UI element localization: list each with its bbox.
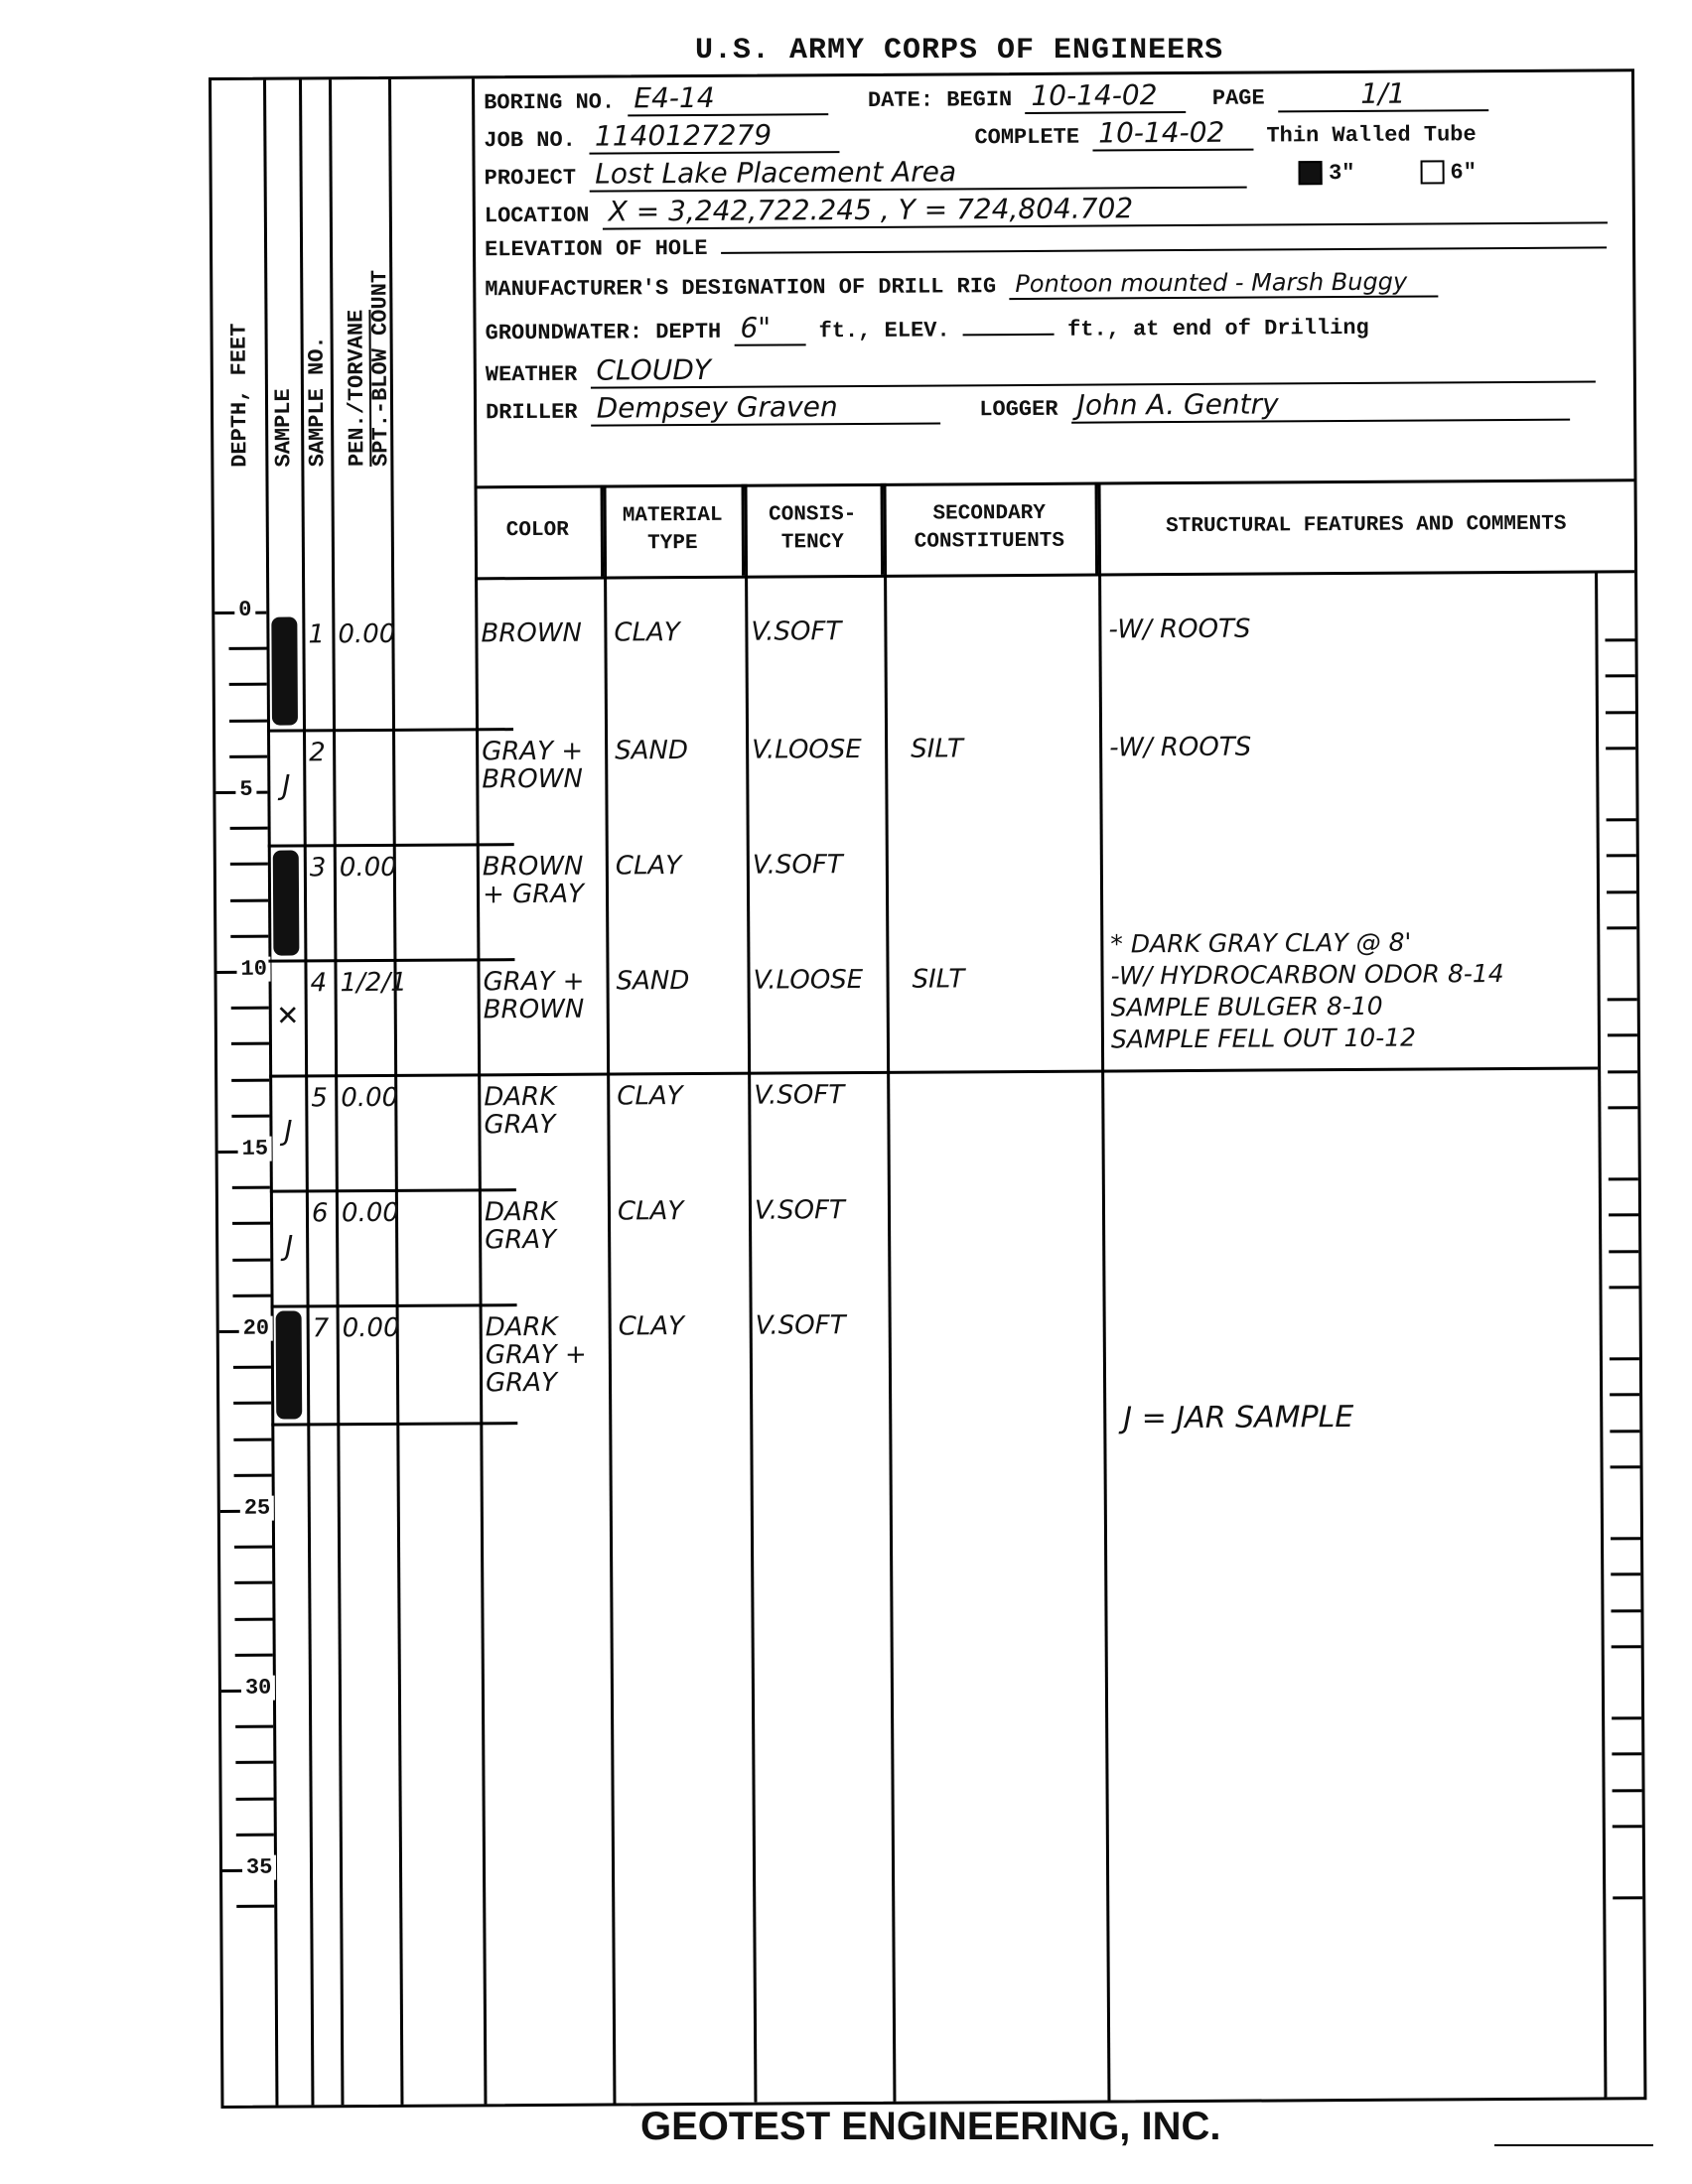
consistency-cell: V.SOFT: [756, 1311, 846, 1340]
depth-tick: [236, 1905, 274, 1908]
page-field[interactable]: 1/1: [1278, 76, 1488, 112]
depth-tick: [1607, 855, 1636, 858]
depth-tick: [232, 1186, 270, 1189]
note-line: -W/ HYDROCARBON ODOR 8-14: [1110, 958, 1503, 992]
job-no-label: JOB NO.: [484, 128, 576, 154]
page-label: PAGE: [1212, 86, 1265, 111]
comments-header: STRUCTURAL FEATURES AND COMMENTS: [1098, 478, 1635, 573]
project-field[interactable]: Lost Lake Placement Area: [589, 154, 1246, 193]
depth-label: 35: [242, 1855, 277, 1880]
secondary-cell: SILT: [912, 965, 964, 993]
pen-torvane-cell: 0.00: [338, 620, 395, 648]
depth-tick: [230, 898, 268, 901]
consistency-header: CONSIS- TENCY: [745, 483, 885, 576]
depth-tick: [229, 754, 267, 757]
depth-tick: [230, 827, 268, 830]
depth-tick: [1611, 1465, 1640, 1468]
weather-label: WEATHER: [486, 362, 578, 388]
depth-tick: [1606, 711, 1635, 714]
depth-tick: [235, 1761, 273, 1764]
pen-torvane-cell: 0.00: [341, 1084, 398, 1112]
depth-tick: [235, 1653, 273, 1656]
logger-label: LOGGER: [979, 397, 1057, 422]
depth-label: 25: [240, 1496, 275, 1521]
depth-label: 5: [235, 777, 256, 802]
tube-3in-checkbox[interactable]: [1299, 161, 1323, 185]
depth-tick: [231, 1114, 269, 1117]
depth-tick: [230, 863, 268, 866]
depth-tick: [1605, 638, 1634, 641]
weather-field[interactable]: CLOUDY: [590, 347, 1595, 388]
project-label: PROJECT: [485, 166, 577, 192]
sample-no-cell: 1: [308, 620, 325, 648]
divider: [604, 485, 617, 2104]
tube-6in-checkbox[interactable]: [1420, 161, 1444, 185]
consistency-cell: V.SOFT: [753, 851, 843, 880]
depth-tick: [1608, 998, 1637, 1001]
depth-tick: [236, 1833, 274, 1836]
note-line: * DARK GRAY CLAY @ 8': [1110, 926, 1503, 960]
sample-no-cell: 6: [312, 1199, 329, 1227]
pen-torvane-cell: 0.00: [343, 1314, 400, 1342]
depth-tick: [231, 1007, 269, 1010]
color-cell: BROWN + GRAY: [483, 853, 606, 909]
begin-label: BEGIN: [946, 87, 1012, 112]
tube-6in-label: 6": [1450, 160, 1477, 185]
depth-tick: [233, 1402, 271, 1405]
groundwater-elev-field[interactable]: [963, 334, 1055, 337]
consistency-cell: V.LOOSE: [752, 736, 862, 764]
depth-tick: [232, 1258, 270, 1261]
depth-tick: [1607, 926, 1636, 929]
note-line: SAMPLE BULGER 8-10: [1111, 990, 1504, 1024]
secondary-constituents-header: SECONDARY CONSTITUENTS: [884, 482, 1099, 575]
sample-no-cell: 5: [311, 1084, 328, 1112]
spt-sample-icon: ✕: [275, 999, 301, 1031]
drill-rig-field[interactable]: Pontoon mounted - Marsh Buggy: [1009, 267, 1438, 300]
note-line: SAMPLE FELL OUT 10-12: [1111, 1022, 1504, 1055]
depth-tick: [1606, 747, 1635, 750]
color-header: COLOR: [475, 485, 605, 578]
thin-walled-tube-label: Thin Walled Tube: [1266, 122, 1476, 148]
depth-tick: [232, 1222, 270, 1225]
tube-3in-label: 3": [1329, 161, 1355, 186]
groundwater-depth-field[interactable]: 6": [734, 311, 805, 345]
depth-tick: [1608, 1070, 1637, 1073]
logger-field[interactable]: John A. Gentry: [1071, 386, 1570, 424]
consistency-cell: V.SOFT: [751, 617, 841, 646]
color-cell: DARK GRAY: [485, 1197, 608, 1254]
depth-label: 30: [241, 1676, 276, 1701]
depth-label: 15: [238, 1137, 273, 1161]
pen-torvane-cell: 0.00: [340, 854, 397, 882]
depth-label: 0: [234, 598, 255, 622]
secondary-cell: SILT: [911, 736, 963, 763]
depth-header: DEPTH, FEET: [227, 324, 253, 468]
depth-tick: [1609, 1177, 1638, 1180]
depth-tick: [1610, 1430, 1639, 1433]
depth-tick: [1611, 1609, 1640, 1612]
complete-label: COMPLETE: [974, 125, 1079, 151]
elevation-label: ELEVATION OF HOLE: [485, 236, 708, 262]
structural-notes: * DARK GRAY CLAY @ 8'-W/ HYDROCARBON ODO…: [1110, 926, 1504, 1055]
groundwater-depth-label: GROUNDWATER: DEPTH: [486, 320, 722, 345]
depth-tick: [233, 1366, 271, 1369]
consistency-cell: V.SOFT: [755, 1196, 845, 1225]
elevation-field[interactable]: [721, 246, 1607, 253]
consistency-cell: V.LOOSE: [753, 966, 863, 995]
depth-tick: [1608, 1106, 1637, 1109]
depth-tick: [1607, 818, 1636, 821]
material-type-header: MATERIAL TYPE: [604, 484, 746, 577]
consistency-cell: V.SOFT: [754, 1081, 844, 1110]
depth-tick: [232, 1294, 270, 1297]
pen-torvane-cell: 0.00: [342, 1199, 399, 1227]
depth-tick: [234, 1617, 272, 1620]
driller-field[interactable]: Dempsey Graven: [591, 390, 940, 427]
depth-label: 20: [239, 1316, 274, 1341]
sample-no-cell: 4: [310, 969, 327, 997]
depth-tick: [1613, 1789, 1642, 1792]
driller-label: DRILLER: [486, 400, 578, 426]
material-cell: SAND: [615, 738, 688, 765]
color-cell: GRAY + BROWN: [482, 738, 605, 794]
depth-tick: [1612, 1753, 1641, 1756]
job-no-field[interactable]: 1140127279: [589, 118, 839, 155]
depth-tick: [229, 683, 267, 686]
depth-tick: [229, 719, 267, 722]
boring-no-field[interactable]: E4-14: [628, 80, 828, 116]
depth-tick: [1609, 1214, 1638, 1217]
depth-tick: [1611, 1537, 1640, 1540]
boring-log-form: DEPTH, FEET SAMPLE SAMPLE NO. PEN./TORVA…: [209, 68, 1646, 2109]
color-cell: BROWN: [481, 619, 604, 648]
depth-tick: [1613, 1825, 1642, 1828]
depth-tick: [234, 1581, 272, 1584]
tube-sample-icon: [271, 616, 298, 726]
depth-tick: [1609, 1250, 1638, 1253]
groundwater-end-label: ft., at end of Drilling: [1067, 316, 1369, 342]
depth-tick: [236, 1797, 274, 1800]
depth-tick: [1612, 1645, 1641, 1648]
depth-tick: [1612, 1716, 1641, 1719]
spt-blow-count-header: SPT.-BLOW COUNT: [367, 270, 393, 467]
location-label: LOCATION: [485, 204, 590, 229]
material-cell: CLAY: [614, 618, 679, 646]
tube-sample-icon: [276, 1310, 303, 1420]
depth-tick: [1607, 890, 1636, 893]
drill-rig-label: MANUFACTURER'S DESIGNATION OF DRILL RIG: [485, 274, 996, 302]
divider: [884, 483, 897, 2102]
depth-tick: [1608, 1034, 1637, 1037]
sample-no-header: SAMPLE NO.: [305, 336, 331, 467]
jar-sample-icon: J: [275, 1114, 301, 1147]
date-label: DATE:: [868, 88, 933, 113]
depth-tick: [1610, 1394, 1639, 1397]
material-cell: CLAY: [616, 852, 681, 880]
begin-date-field[interactable]: 10-14-02: [1025, 78, 1186, 114]
divider: [263, 80, 278, 2106]
jar-sample-icon: J: [273, 769, 299, 802]
color-cell: DARK GRAY + GRAY: [486, 1312, 610, 1397]
depth-tick: [1609, 1286, 1638, 1289]
depth-tick: [1606, 675, 1635, 678]
divider: [269, 1066, 1598, 1077]
depth-tick: [1610, 1357, 1639, 1360]
tube-sample-icon: [273, 851, 300, 956]
depth-tick: [229, 647, 267, 650]
jar-sample-legend: J = JAR SAMPLE: [1123, 1404, 1353, 1433]
header-form: BORING NO. E4-14 DATE: BEGIN 10-14-02 PA…: [472, 71, 1633, 485]
color-cell: GRAY + BROWN: [483, 968, 606, 1024]
document-title: U.S. ARMY CORPS OF ENGINEERS: [695, 34, 1223, 68]
depth-tick: [1613, 1896, 1642, 1899]
depth-tick: [235, 1725, 273, 1728]
depth-tick: [234, 1473, 272, 1476]
groundwater-ft-elev-label: ft., ELEV.: [819, 318, 950, 343]
material-cell: CLAY: [618, 1197, 683, 1225]
divider: [745, 484, 758, 2103]
jar-sample-icon: J: [276, 1229, 302, 1262]
sample-no-cell: 3: [310, 855, 327, 883]
sample-no-cell: 7: [313, 1314, 330, 1342]
sample-header: SAMPLE: [271, 388, 296, 467]
depth-tick: [231, 1078, 269, 1081]
color-cell: DARK GRAY: [484, 1083, 607, 1140]
complete-date-field[interactable]: 10-14-02: [1092, 116, 1253, 152]
pen-torvane-cell: 1/2/1: [340, 969, 406, 997]
comment-cell: -W/ ROOTS: [1109, 734, 1251, 762]
depth-label: 10: [236, 957, 271, 982]
depth-tick: [233, 1437, 271, 1440]
divider: [1098, 482, 1111, 2101]
location-field[interactable]: X = 3,242,722.245 , Y = 724,804.702: [603, 189, 1608, 229]
depth-tick: [234, 1546, 272, 1549]
boring-no-label: BORING NO.: [484, 90, 615, 116]
divider: [1595, 570, 1607, 2097]
comment-cell: -W/ ROOTS: [1108, 615, 1250, 644]
sample-no-cell: 2: [309, 740, 326, 767]
company-footer: GEOTEST ENGINEERING, INC.: [640, 2105, 1221, 2149]
depth-tick: [230, 934, 268, 937]
material-cell: SAND: [616, 967, 689, 995]
depth-tick: [231, 1042, 269, 1045]
depth-tick: [1611, 1573, 1640, 1576]
divider: [1494, 2144, 1653, 2146]
material-cell: CLAY: [619, 1312, 684, 1340]
material-cell: CLAY: [617, 1082, 682, 1110]
